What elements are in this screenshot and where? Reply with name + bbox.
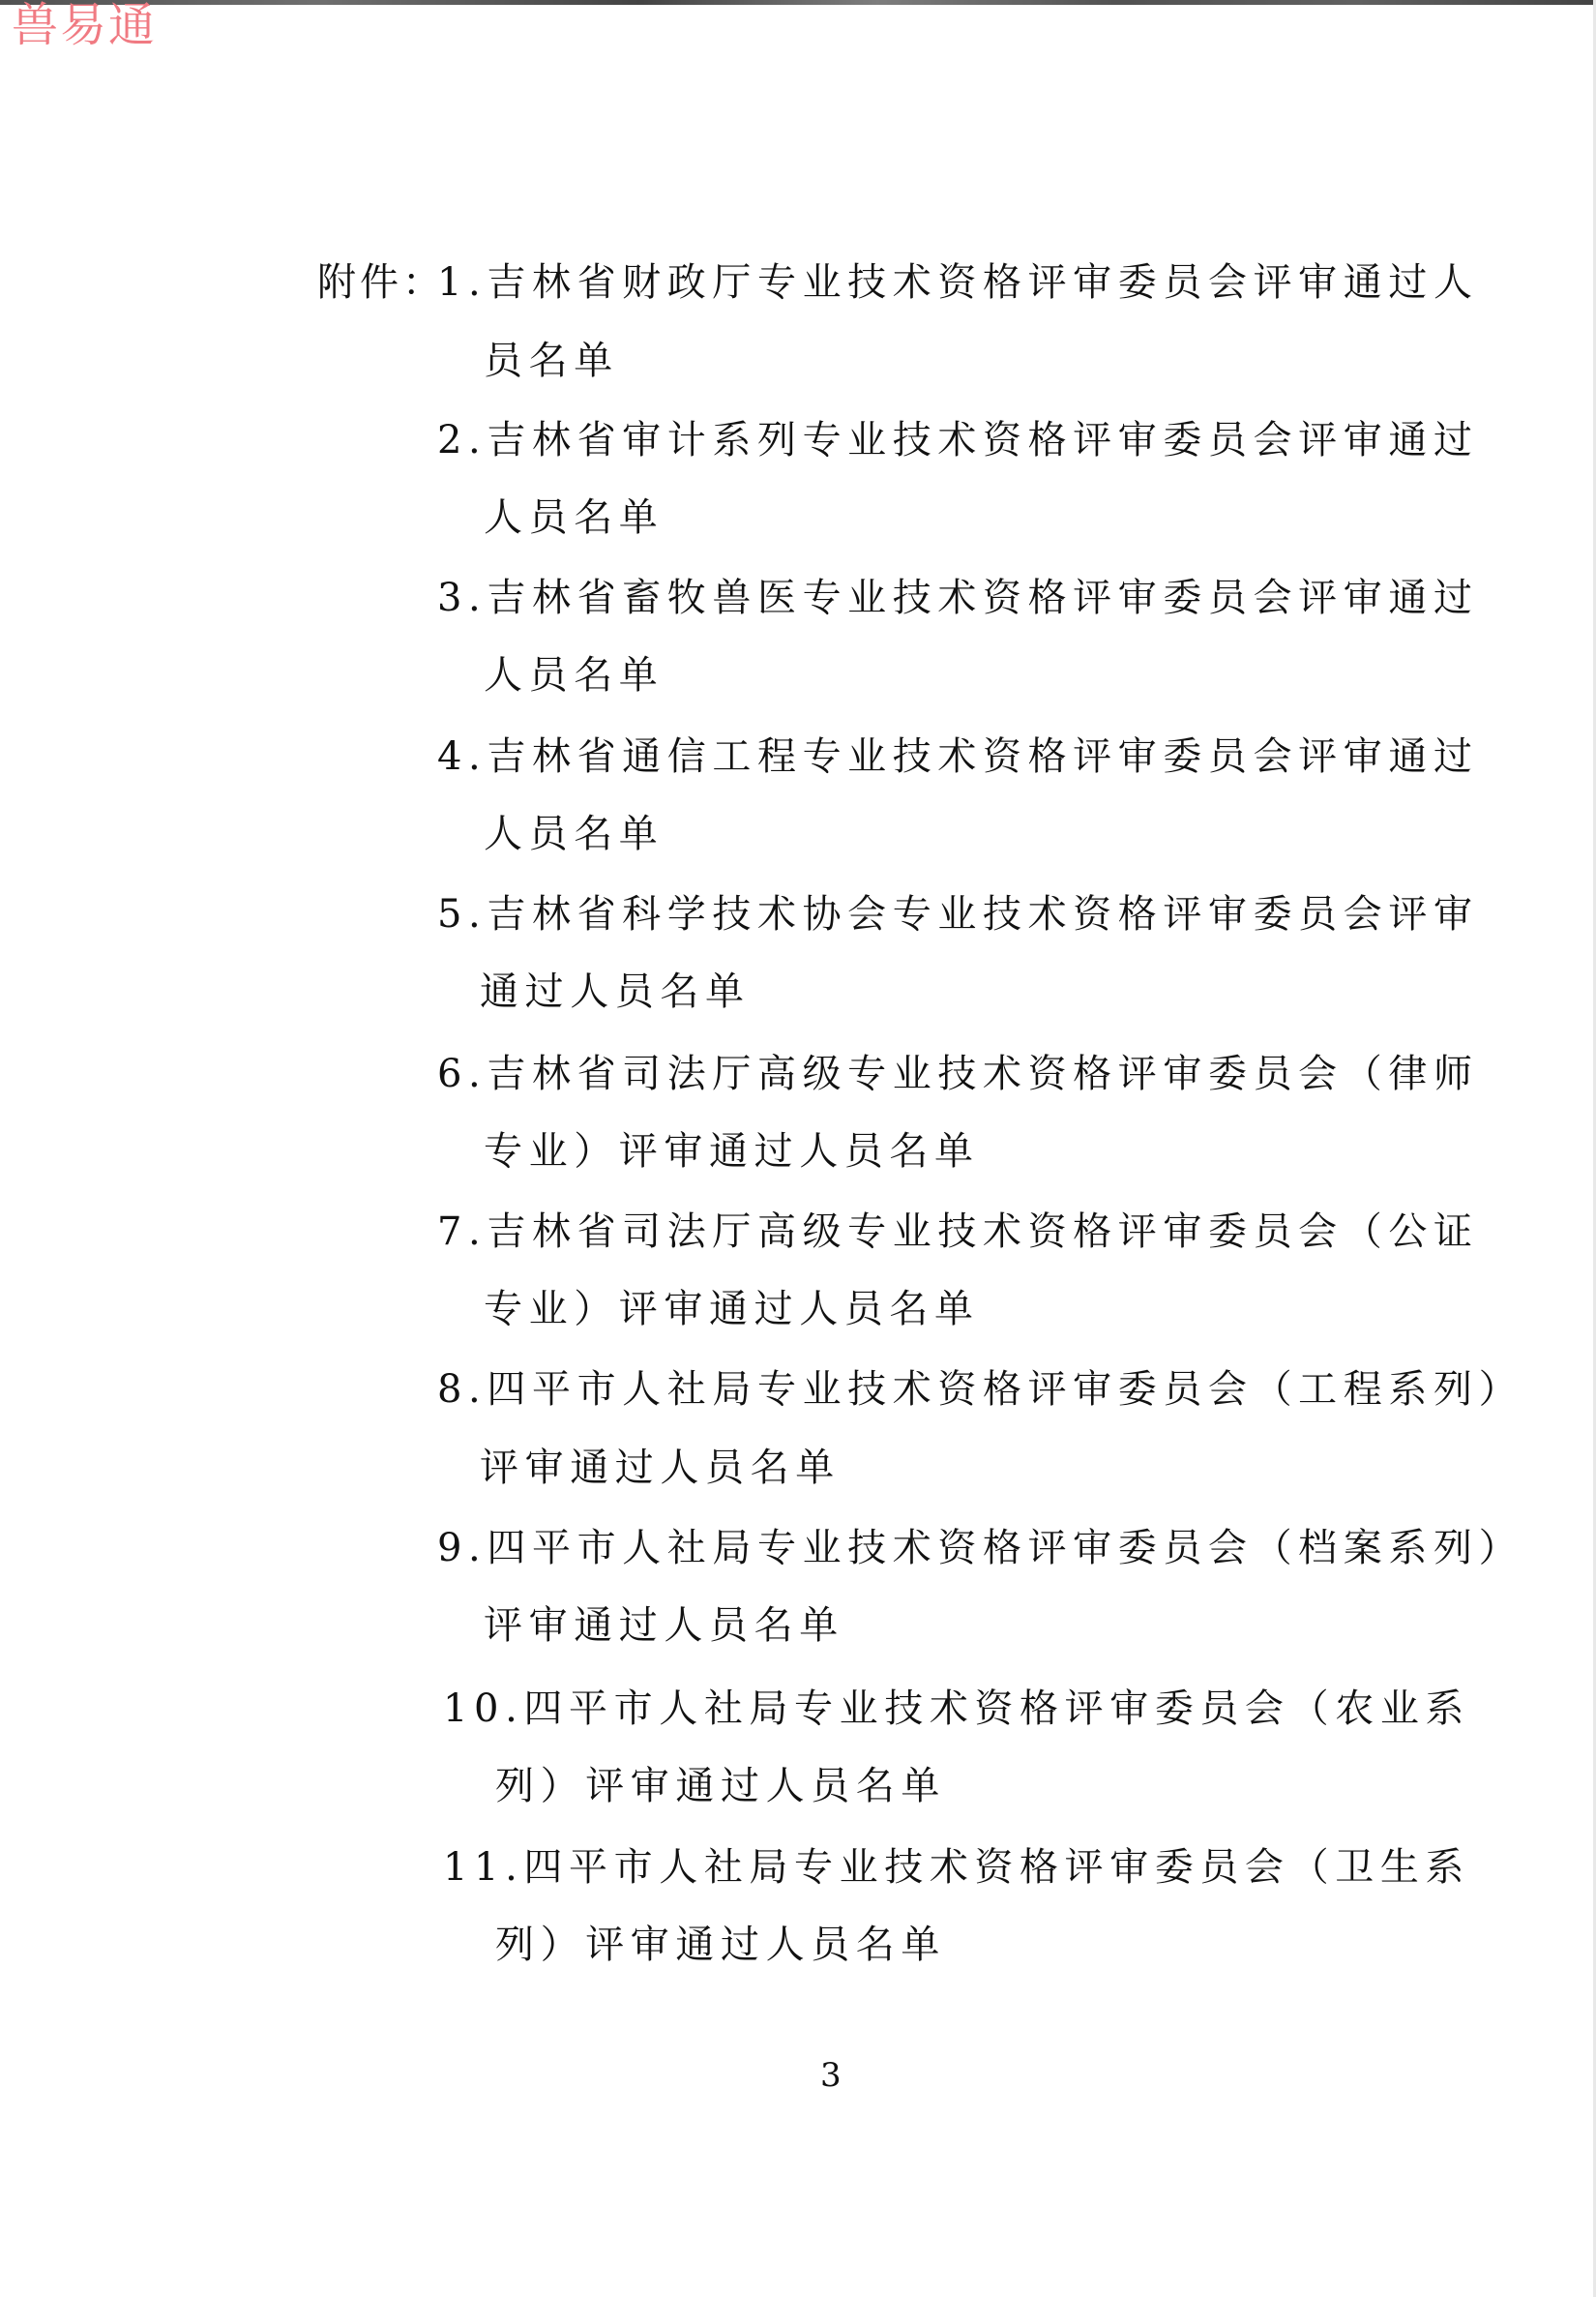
attachment-number: 6. xyxy=(437,1052,487,1096)
attachment-number: 4. xyxy=(437,734,487,779)
attachment-number: 3. xyxy=(437,576,487,620)
attachment-item-1-line1: 1.吉林省财政厅专业技术资格评审委员会评审通过人 xyxy=(437,263,1479,302)
attachment-item-10-line1: 10.四平市人社局专业技术资格评审委员会（农业系 xyxy=(443,1689,1470,1728)
attachment-number: 10. xyxy=(443,1686,523,1731)
watermark: 兽易通 xyxy=(12,2,157,48)
attachment-item-1-line2: 员名单 xyxy=(484,342,619,380)
attachment-title: 吉林省畜牧兽医专业技术资格评审委员会评审通过 xyxy=(487,576,1478,620)
attachment-number: 5. xyxy=(437,892,487,937)
attachment-item-6-line2: 专业）评审通过人员名单 xyxy=(484,1132,980,1171)
attachment-number: 7. xyxy=(437,1209,487,1254)
attachment-item-6-line1: 6.吉林省司法厅高级专业技术资格评审委员会（律师 xyxy=(437,1055,1479,1093)
attachment-item-9-line2: 评审通过人员名单 xyxy=(484,1606,844,1645)
attachment-item-5-line2: 通过人员名单 xyxy=(480,972,751,1011)
scan-top-edge xyxy=(0,0,1596,5)
attachment-title: 吉林省审计系列专业技术资格评审委员会评审通过 xyxy=(487,418,1478,462)
attachment-item-4-line1: 4.吉林省通信工程专业技术资格评审委员会评审通过 xyxy=(437,737,1479,776)
attachment-title: 四平市人社局专业技术资格评审委员会（工程系列） xyxy=(487,1367,1523,1412)
attachment-number: 9. xyxy=(437,1526,487,1570)
attachments-label: 附件： xyxy=(317,263,445,302)
attachment-item-11-line2: 列）评审通过人员名单 xyxy=(495,1925,946,1964)
attachment-item-4-line2: 人员名单 xyxy=(484,815,664,853)
attachment-item-10-line2: 列）评审通过人员名单 xyxy=(495,1767,946,1805)
attachment-item-7-line2: 专业）评审通过人员名单 xyxy=(484,1290,980,1328)
attachment-item-7-line1: 7.吉林省司法厅高级专业技术资格评审委员会（公证 xyxy=(437,1212,1479,1251)
attachment-item-9-line1: 9.四平市人社局专业技术资格评审委员会（档案系列） xyxy=(437,1529,1523,1567)
attachment-title: 吉林省司法厅高级专业技术资格评审委员会（公证 xyxy=(487,1209,1478,1254)
attachment-title: 吉林省科学技术协会专业技术资格评审委员会评审 xyxy=(487,892,1478,937)
attachment-item-5-line1: 5.吉林省科学技术协会专业技术资格评审委员会评审 xyxy=(437,895,1479,934)
attachment-item-8-line1: 8.四平市人社局专业技术资格评审委员会（工程系列） xyxy=(437,1370,1523,1409)
attachment-title: 四平市人社局专业技术资格评审委员会（档案系列） xyxy=(487,1526,1523,1570)
attachment-item-8-line2: 评审通过人员名单 xyxy=(480,1448,841,1487)
attachment-title: 吉林省通信工程专业技术资格评审委员会评审通过 xyxy=(487,734,1478,779)
attachment-item-2-line2: 人员名单 xyxy=(484,498,664,537)
attachment-number: 2. xyxy=(437,418,487,462)
attachment-item-2-line1: 2.吉林省审计系列专业技术资格评审委员会评审通过 xyxy=(437,421,1479,460)
attachment-number: 1. xyxy=(437,260,487,305)
attachment-number: 11. xyxy=(443,1845,523,1890)
page-number: 3 xyxy=(820,2059,842,2092)
attachment-title: 吉林省财政厅专业技术资格评审委员会评审通过人 xyxy=(487,260,1478,305)
attachment-title: 吉林省司法厅高级专业技术资格评审委员会（律师 xyxy=(487,1052,1478,1096)
attachment-title: 四平市人社局专业技术资格评审委员会（农业系 xyxy=(523,1686,1470,1731)
attachment-item-3-line1: 3.吉林省畜牧兽医专业技术资格评审委员会评审通过 xyxy=(437,579,1479,617)
attachment-item-3-line2: 人员名单 xyxy=(484,656,664,695)
attachment-item-11-line1: 11.四平市人社局专业技术资格评审委员会（卫生系 xyxy=(443,1848,1470,1887)
attachment-title: 四平市人社局专业技术资格评审委员会（卫生系 xyxy=(523,1845,1470,1890)
attachment-number: 8. xyxy=(437,1367,487,1412)
